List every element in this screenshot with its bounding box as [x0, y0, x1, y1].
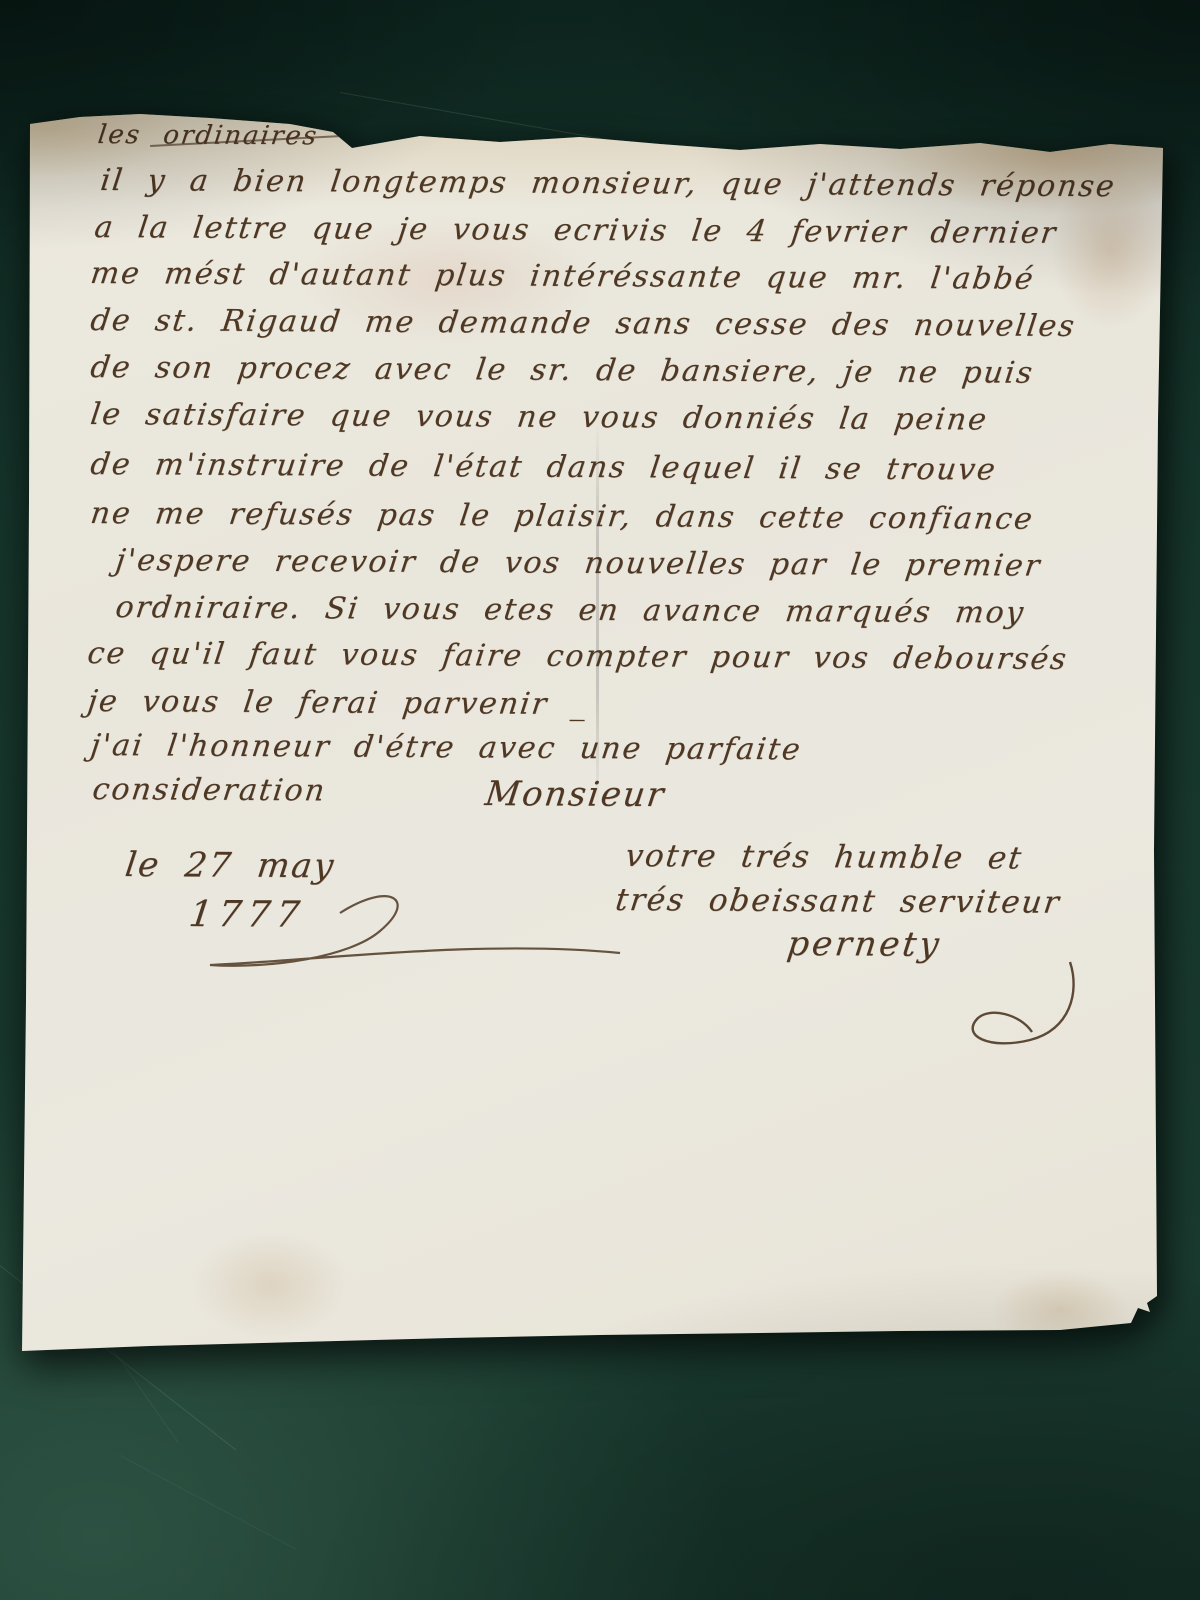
letter-date-year: 1777: [187, 894, 308, 936]
paper-stain: [190, 1230, 350, 1340]
letter-line: je vous le ferai parvenir _: [85, 684, 590, 722]
letter-valediction-line: votre trés humble et: [623, 838, 1025, 876]
letter-line: de st. Rigaud me demande sans cesse des …: [88, 303, 1078, 344]
paper-stain: [990, 1270, 1130, 1350]
letter-line: de m'instruire de l'état dans lequel il …: [88, 447, 999, 488]
letter-salutation: Monsieur: [483, 774, 668, 815]
letter-paper: les ordinaires il y a bien longtemps mon…: [0, 0, 1200, 1600]
letter-line: le satisfaire que vous ne vous donniés l…: [88, 397, 990, 437]
signature-flourish: [920, 952, 1090, 1072]
letter-line: il y a bien longtemps monsieur, que j'at…: [98, 163, 1118, 204]
letter-line: me mést d'autant plus intéréssante que m…: [88, 256, 1036, 297]
letter-line: ce qu'il faut vous faire compter pour vo…: [85, 636, 1070, 677]
letter-line: j'espere recevoir de vos nouvelles par l…: [113, 543, 1043, 584]
letter-line: ordniraire. Si vous etes en avance marqu…: [113, 590, 1027, 631]
letter-line: a la lettre que je vous ecrivis le 4 fev…: [92, 210, 1059, 251]
letter-signature: pernety: [785, 924, 944, 965]
photo-background: les ordinaires il y a bien longtemps mon…: [0, 0, 1200, 1600]
letter-header-note: les ordinaires: [96, 120, 320, 151]
letter-valediction-line: trés obeissant serviteur: [613, 882, 1062, 921]
letter-date-day: le 27 may: [123, 845, 338, 886]
paper-shadow: les ordinaires il y a bien longtemps mon…: [0, 0, 1200, 1600]
letter-line: consideration: [90, 772, 328, 808]
letter-line: j'ai l'honneur d'étre avec une parfaite: [88, 728, 803, 767]
letter-line: de son procez avec le sr. de bansiere, j…: [88, 350, 1036, 391]
letter-line: ne me refusés pas le plaisir, dans cette…: [88, 496, 1036, 537]
